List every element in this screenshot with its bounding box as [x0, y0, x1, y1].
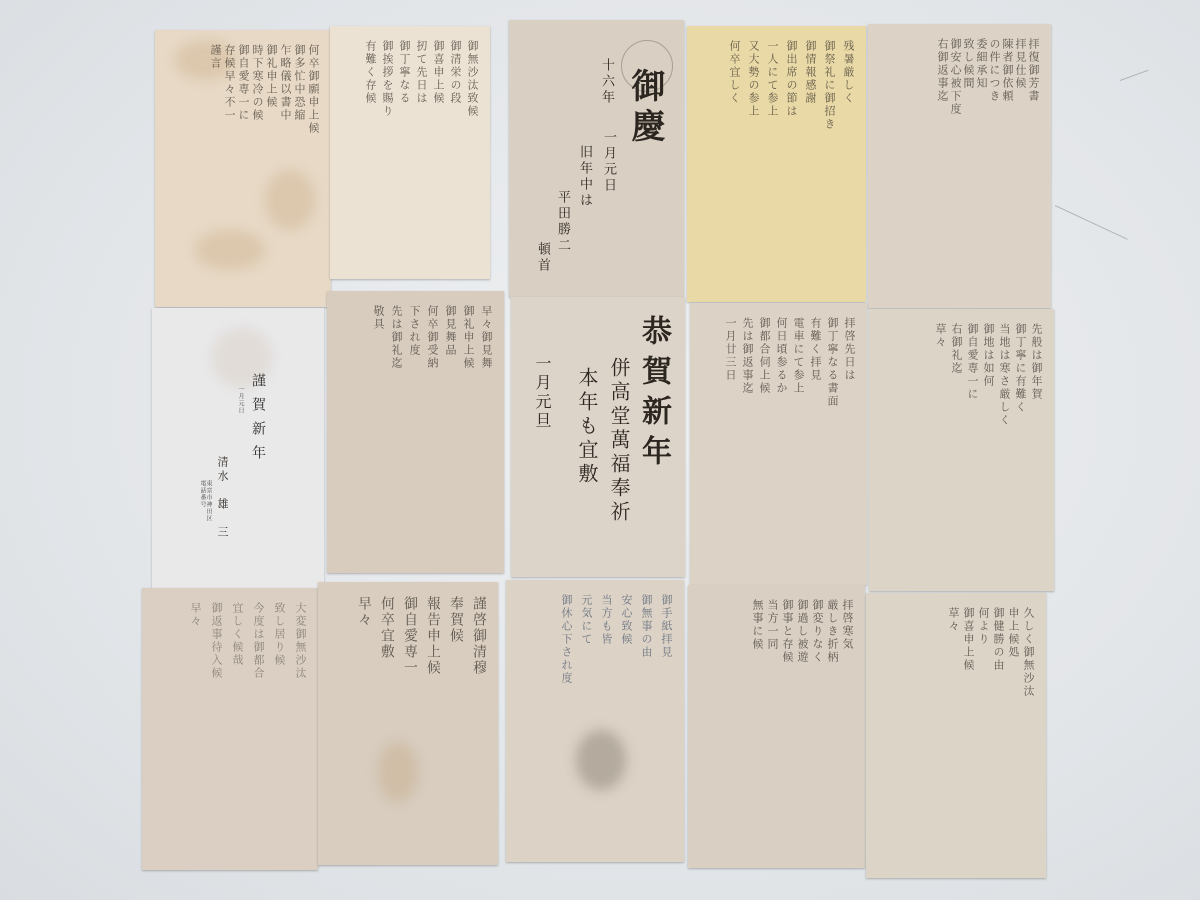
- handwritten-text: 大変御無沙汰致し居り候今度は御都合宜しく候哉御返事待入候早々: [154, 602, 306, 856]
- postcard-r1c4: 残暑厳しく御祭礼に御招き御情報感謝御出席の節は一人にて参上又大勢の参上何卒宜しく: [687, 26, 866, 302]
- postcard-r3c4: 拝啓寒気厳しき折柄御変りなく御過し被遊御事と存候当方一同無事に候: [688, 585, 865, 868]
- handwritten-text: 先般は御年賀御丁寧に有難く当地は寒さ厳しく御地は如何御自愛専一に右御礼迄草々: [881, 323, 1042, 577]
- postcard-r1c5: 拝復御芳書拝見仕候陳者御依頼の件につき委細承知致し候間御安心被下度右御返事迄: [868, 24, 1051, 308]
- postcard-r1c1: 何卒御願申上候御多忙中恐縮乍略儀以書中御礼申上候時下寒冷の候御自愛専一に存候早々…: [155, 30, 331, 307]
- postcard-r3c5: 久しく御無沙汰申上候処御健勝の由何より御喜申上候草々: [866, 593, 1046, 878]
- printed-sender: 清水 雄 三: [214, 456, 230, 540]
- printed-phone: 電話番号: [198, 480, 207, 508]
- surface-scratch: [1055, 205, 1128, 240]
- handwritten-text: 何卒御願申上候御多忙中恐縮乍略儀以書中御礼申上候時下寒冷の候御自愛専一に存候早々…: [167, 44, 319, 293]
- postcard-r2c4: 拝啓先日は御丁寧なる書面有難く拝見電車にて参上何日頃参るか御都合伺上候先は御返事…: [690, 303, 867, 585]
- year-note: 十六年: [597, 58, 616, 106]
- postcard-r3c1: 大変御無沙汰致し居り候今度は御都合宜しく候哉御返事待入候早々: [142, 588, 318, 870]
- printed-date: 一月元日: [236, 386, 245, 414]
- handwritten-text: 御手紙拝見御無事の由安心致候当方も皆元気にて御休心下され度: [518, 594, 672, 848]
- greeting-title: 御慶: [621, 68, 670, 148]
- greeting-title: 恭賀新年: [631, 315, 675, 475]
- date-line: 一月元旦: [531, 355, 554, 431]
- handwritten-text: 御無沙汰致候御清栄の段御喜申上候扨て先日は御丁寧なる御挨拶を賜り有難く存候: [342, 40, 478, 265]
- postcard-r2c2: 早々御見舞御礼申上候御見舞品何卒御受納下され度先は御礼迄敬具: [327, 291, 504, 573]
- handwritten-text: 拝復御芳書拝見仕候陳者御依頼の件につき委細承知致し候間御安心被下度右御返事迄: [880, 38, 1039, 294]
- handwritten-text: 拝啓寒気厳しき折柄御変りなく御過し被遊御事と存候当方一同無事に候: [700, 599, 853, 854]
- postcard-r2c3: 恭賀新年 併高堂萬福 奉祈 本年も宜敷 一月元旦: [511, 297, 685, 577]
- postcard-r1c3: 御慶 十六年 一月元日 旧年中は 平田勝二 頓首: [509, 20, 684, 297]
- handwritten-text: 拝啓先日は御丁寧なる書面有難く拝見電車にて参上何日頃参るか御都合伺上候先は御返事…: [702, 317, 855, 571]
- postcard-r3c3: 御手紙拝見御無事の由安心致候当方も皆元気にて御休心下され度: [506, 580, 684, 862]
- postcard-r2c5: 先般は御年賀御丁寧に有難く当地は寒さ厳しく御地は如何御自愛専一に右御礼迄草々: [869, 309, 1054, 591]
- handwritten-text: 謹啓御清穆奉賀候報告申上候御自愛専一何卒宜敷早々: [330, 596, 486, 851]
- handwritten-text: 早々御見舞御礼申上候御見舞品何卒御受納下され度先は御礼迄敬具: [339, 305, 492, 559]
- handwritten-text: 残暑厳しく御祭礼に御招き御情報感謝御出席の節は一人にて参上又大勢の参上何卒宜しく: [699, 40, 854, 288]
- postcard-r1c2: 御無沙汰致候御清栄の段御喜申上候扨て先日は御丁寧なる御挨拶を賜り有難く存候: [330, 26, 490, 279]
- handwritten-text: 久しく御無沙汰申上候処御健勝の由何より御喜申上候草々: [878, 607, 1034, 864]
- printed-title: 謹賀新年: [248, 373, 268, 469]
- greeting-line: 併高堂萬福: [605, 357, 634, 477]
- date-line: 一月元日: [599, 130, 618, 194]
- sender-sign: 頓首: [533, 242, 552, 274]
- greeting-line-2: 奉祈: [605, 477, 634, 525]
- postcard-r3c2: 謹啓御清穆奉賀候報告申上候御自愛専一何卒宜敷早々: [318, 582, 498, 865]
- surface-scratch: [1120, 70, 1149, 81]
- sender-name: 平田勝二: [553, 190, 572, 254]
- greeting-line-3: 本年も宜敷: [573, 367, 602, 487]
- sender-line: 旧年中は: [575, 145, 594, 209]
- postcard-r2c1-printed: 謹賀新年 一月元日 清水 雄 三 東京市神田区 電話番号: [152, 308, 324, 588]
